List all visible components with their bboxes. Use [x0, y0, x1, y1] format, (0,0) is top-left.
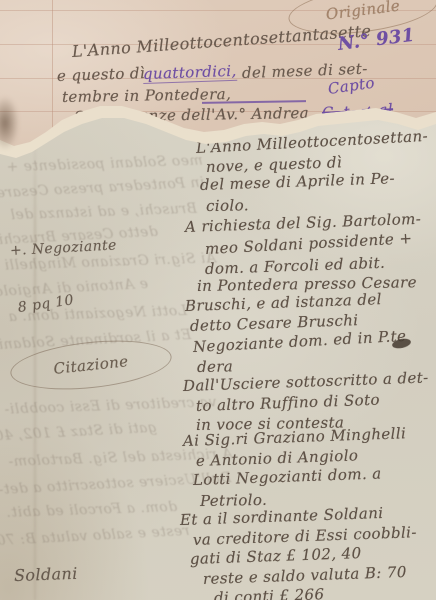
- place-line: tembre in Pontedera,: [62, 85, 232, 106]
- originale-stamp-label: Originale: [325, 0, 401, 23]
- date-day-purple: quattordici,: [143, 62, 237, 84]
- document-scan: meo Soldani possidente + in Pontedera pr…: [0, 0, 436, 600]
- date-line: L'Anno Milleottocentosettantasette: [71, 21, 372, 61]
- footer-name: Soldani: [14, 564, 78, 585]
- tear-shadow-blob: [0, 96, 19, 150]
- citazione-label: Citazione: [53, 352, 130, 378]
- date-line-2a: e questo dì: [57, 64, 146, 85]
- margin-rule: [52, 0, 53, 140]
- manuscript-line: ciolo.: [206, 196, 249, 215]
- manuscript-line: Petriolo.: [200, 491, 268, 510]
- manuscript-line: dera: [197, 357, 234, 376]
